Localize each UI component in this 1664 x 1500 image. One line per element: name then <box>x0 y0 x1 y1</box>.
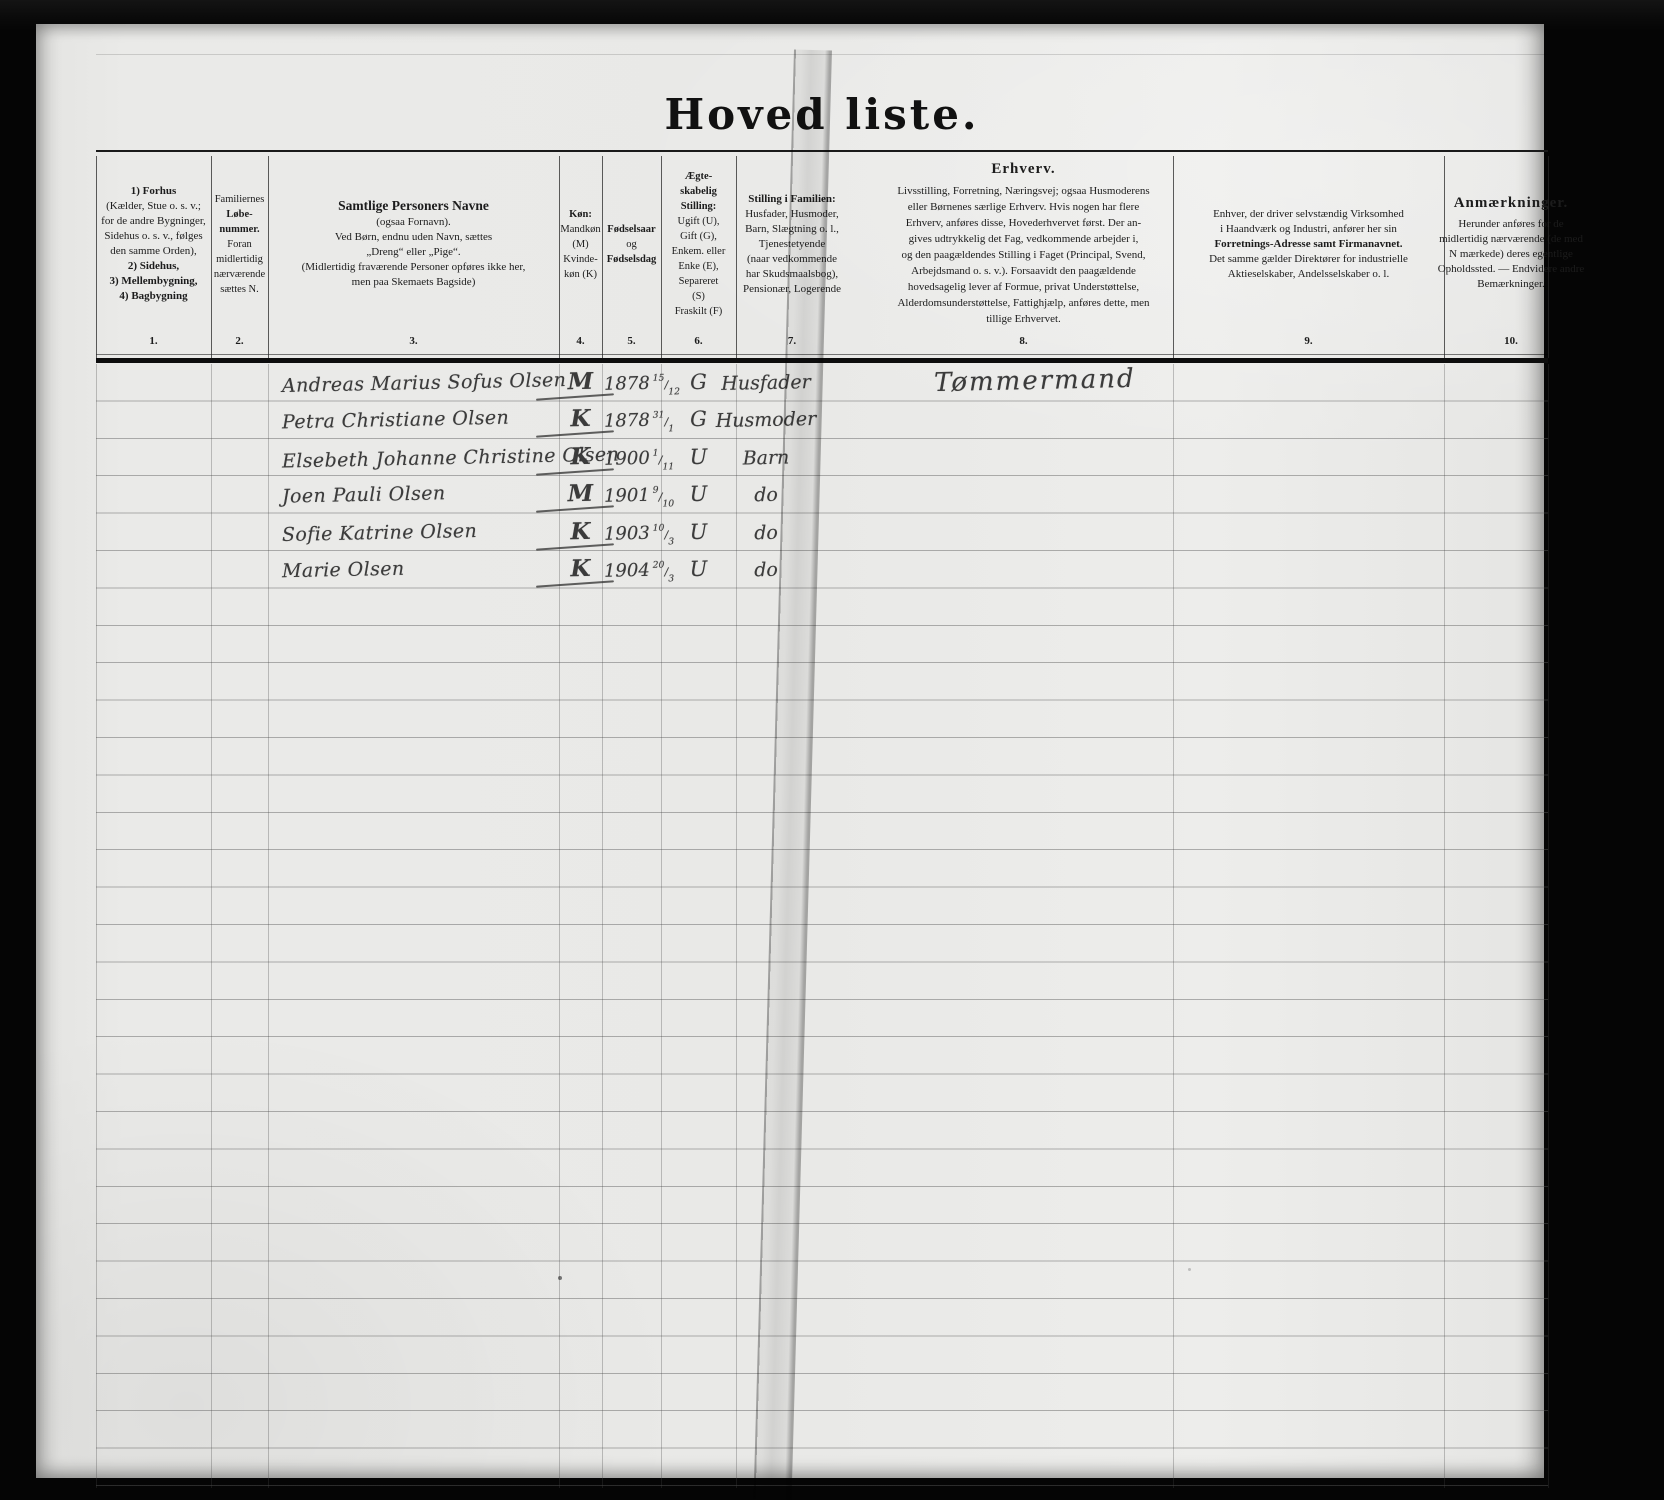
header-text-line: Stilling: <box>681 199 717 214</box>
header-text-line: N mærkede) deres egentlige <box>1449 247 1573 262</box>
header-text-line: køn (K) <box>564 267 597 282</box>
column-header-2: FamiliernesLøbe-nummer.Foranmidlertidign… <box>211 156 268 332</box>
column-divider <box>96 364 97 1488</box>
header-text-line: Køn: <box>569 207 592 222</box>
header-text-line: Forretnings-Adresse samt Firmanavnet. <box>1214 237 1402 252</box>
header-text-line: Opholdssted. — Endvidere andre <box>1438 262 1585 277</box>
header-text-line: Alderdomsunderstøttelse, Fattighjælp, an… <box>897 295 1149 311</box>
header-text-line: Fødselsdag <box>607 252 657 267</box>
census-form-page: Hoved liste. 1) Forhus(Kælder, Stue o. s… <box>36 24 1544 1478</box>
header-text-line: Aktieselskaber, Andelsselskaber o. l. <box>1228 267 1389 282</box>
column-number-4: 4. <box>559 335 602 347</box>
header-text-line: Kvinde- <box>563 252 597 267</box>
header-text-line: 1) Forhus <box>131 184 177 199</box>
entry-occupation: Tømmermand <box>934 364 1136 398</box>
header-text-line: tillige Erhvervet. <box>986 311 1061 327</box>
header-text-line: i Haandværk og Industri, anfører her sin <box>1220 222 1397 237</box>
column-number-9: 9. <box>1173 335 1444 347</box>
column-divider <box>559 156 560 358</box>
header-text-line: og <box>626 237 637 252</box>
column-header-4: Køn:Mandkøn(M)Kvinde-køn (K) <box>559 156 602 332</box>
column-header-3: Samtlige Personers Navne(ogsaa Fornavn).… <box>268 156 559 332</box>
header-text-line: Enhver, der driver selvstændig Virksomhe… <box>1213 207 1404 222</box>
column-header-8: Erhverv.Livsstilling, Forretning, Næring… <box>874 156 1173 332</box>
header-text-line: (ogsaa Fornavn). <box>376 215 451 230</box>
column-divider <box>736 156 737 358</box>
column-divider <box>1548 156 1549 358</box>
header-text-line: Foran <box>227 237 252 252</box>
entry-sex: K <box>559 442 603 470</box>
column-divider <box>1444 156 1445 358</box>
column-divider <box>211 364 212 1488</box>
column-divider <box>1173 364 1174 1488</box>
header-text-line: Ugift (U), <box>678 214 720 229</box>
column-divider <box>96 156 97 358</box>
entry-sex: M <box>559 368 603 396</box>
header-text-line: Erhverv, anføres disse, Hovederhvervet f… <box>906 215 1141 231</box>
header-text-line: Sidehus o. s. v., følges <box>104 229 202 244</box>
column-divider <box>602 156 603 358</box>
header-text-line: nummer. <box>219 222 259 237</box>
column-divider <box>661 156 662 358</box>
header-text-line: Erhverv. <box>991 161 1055 177</box>
column-divider <box>602 364 603 1488</box>
header-text-line: 4) Bagbygning <box>119 289 187 304</box>
column-divider <box>268 364 269 1488</box>
ink-speck <box>558 1276 562 1280</box>
entry-sex: K <box>559 555 603 583</box>
header-text-line: Det samme gælder Direktører for industri… <box>1209 252 1408 267</box>
column-divider <box>1444 364 1445 1488</box>
header-text-line: Livsstilling, Forretning, Næringsvej; og… <box>897 183 1149 199</box>
header-text-line: Familiernes <box>215 192 265 207</box>
column-number-2: 2. <box>211 335 268 347</box>
header-text-line: Løbe- <box>226 207 252 222</box>
header-text-line: Ved Børn, endnu uden Navn, sættes <box>335 230 492 245</box>
column-number-5: 5. <box>602 335 661 347</box>
header-text-line: Samtlige Personers Navne <box>338 198 489 213</box>
header-text-line: (Midlertidig fraværende Personer opføres… <box>302 260 526 275</box>
column-header-1: 1) Forhus(Kælder, Stue o. s. v.;for de a… <box>96 156 211 332</box>
column-header-9: Enhver, der driver selvstændig Virksomhe… <box>1173 156 1444 332</box>
header-text-line: Enke (E), <box>678 259 718 274</box>
header-text-line: Gift (G), <box>680 229 717 244</box>
census-scan: Hoved liste. 1) Forhus(Kælder, Stue o. s… <box>0 0 1664 1500</box>
header-text-line: 2) Sidehus, <box>128 259 179 274</box>
header-text-line: Bemærkninger. <box>1477 277 1545 292</box>
column-header-10: Anmærkninger.Herunder anføres for demidl… <box>1444 156 1578 332</box>
header-text-line: (M) <box>572 237 588 252</box>
entry-sex: K <box>559 517 603 545</box>
header-text-line: „Dreng“ eller „Pige“. <box>366 245 460 260</box>
header-text-line: Arbejdsmand o. s. v.). Forsaavidt den pa… <box>911 263 1136 279</box>
header-text-line: Mandkøn <box>560 222 600 237</box>
header-text-line: midlertidig <box>216 252 263 267</box>
header-text-line: midlertidig nærværende (de med <box>1439 232 1583 247</box>
header-text-line: gives udtrykkelig det Fag, vedkommende a… <box>909 231 1139 247</box>
header-text-line: Separeret <box>679 274 719 289</box>
column-number-8: 8. <box>874 335 1173 347</box>
entry-name: Joen Pauli Olsen <box>282 482 446 507</box>
ink-speck <box>1188 1268 1191 1271</box>
header-text-line: Fødselsaar <box>607 222 655 237</box>
column-header-6: Ægte-skabeligStilling:Ugift (U),Gift (G)… <box>661 156 736 332</box>
column-number-3: 3. <box>268 335 559 347</box>
entry-sex: K <box>559 405 603 433</box>
column-divider <box>1548 364 1549 1488</box>
header-text-line: nærværende <box>214 267 265 282</box>
header-text-line: men paa Skemaets Bagside) <box>352 275 476 290</box>
header-text-line: Fraskilt (F) <box>675 304 723 319</box>
header-text-line: Anmærkninger. <box>1454 196 1569 211</box>
header-text-line: hovedsagelig lever af Formue, privat Und… <box>908 279 1139 295</box>
header-text-line: sættes N. <box>220 282 259 297</box>
column-divider <box>268 156 269 358</box>
column-divider <box>1173 156 1174 358</box>
header-text-line: skabelig <box>680 184 717 199</box>
column-number-1: 1. <box>96 335 211 347</box>
column-number-10: 10. <box>1444 335 1578 347</box>
entry-name: Sofie Katrine Olsen <box>282 520 478 546</box>
entry-sex: M <box>559 480 603 508</box>
header-text-line: for de andre Bygninger, <box>101 214 206 229</box>
header-text-line: den samme Orden), <box>110 244 196 259</box>
header-text-line: 3) Mellembygning, <box>110 274 198 289</box>
column-header-5: FødselsaarogFødselsdag <box>602 156 661 332</box>
header-text-line: (S) <box>692 289 705 304</box>
header-text-line: og den paagældendes Stilling i Faget (Pr… <box>901 247 1145 263</box>
header-text-line: Enkem. eller <box>672 244 726 259</box>
entry-name: Marie Olsen <box>282 558 405 583</box>
header-text-line: Ægte- <box>685 169 712 184</box>
header-text-line: (Kælder, Stue o. s. v.; <box>106 199 201 214</box>
header-text-line: eller Børnenes særlige Erhverv. Hvis nog… <box>908 199 1139 215</box>
column-divider <box>211 156 212 358</box>
column-number-6: 6. <box>661 335 736 347</box>
